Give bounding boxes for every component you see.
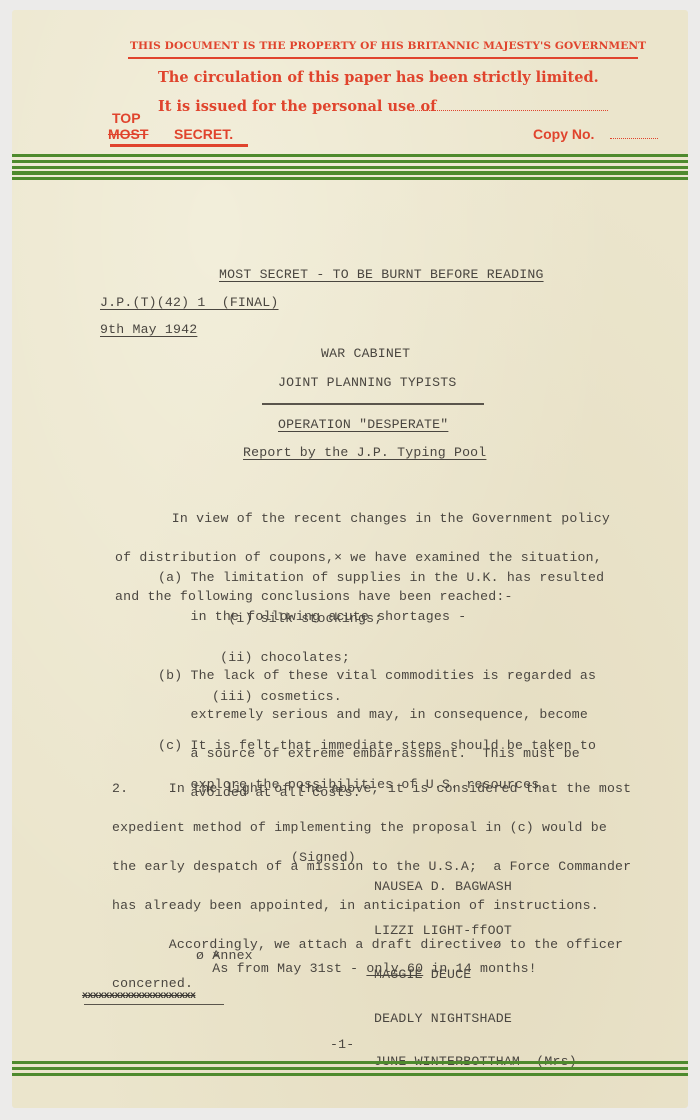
circulation-notice: The circulation of this paper has been s… [158,69,599,86]
reference-number: J.P.(T)(42) 1 (FINAL) [100,296,279,309]
signatory: DEADLY NIGHTSHADE [374,1012,577,1027]
signatory: NAUSEA D. BAGWASH [374,880,577,895]
caveat: MOST SECRET - TO BE BURNT BEFORE READING [219,268,544,281]
struck-out-text: xxxxxxxxxxxxxxxxxxxxx [82,990,195,1003]
footnote-1-text: As from May 31st - [212,961,366,976]
classification-underline [110,144,248,147]
heading-divider [262,403,484,405]
issued-for-label: It is issued for the personal use of [158,98,436,115]
document-date: 9th May 1942 [100,323,197,336]
struck-text-underline [84,1004,224,1005]
footnote-1-emphasis: only 60 [366,961,423,976]
paragraph-c-line: (c) It is felt that immediate steps shou… [158,739,596,752]
intro-line: In view of the recent changes in the Gov… [115,512,610,525]
property-notice: THIS DOCUMENT IS THE PROPERTY OF HIS BRI… [130,40,646,52]
property-notice-underline [128,57,638,59]
operation-title: OPERATION "DESPERATE" [278,418,448,431]
shortage-item: (i) silk stockings; [212,612,382,625]
footnote-2: ø Annex [196,949,253,962]
signed-label: (Signed) [291,851,356,864]
paragraph-a-line: (a) The limitation of supplies in the U.… [158,571,604,584]
classification-label: SECRET. [174,126,233,142]
page-number: -1- [330,1038,354,1051]
classification-added: TOP [112,110,141,126]
bottom-green-stripes [12,1061,688,1078]
paragraph-2-line: 2. In the light of the above, it is cons… [112,782,631,795]
heading-war-cabinet: WAR CABINET [321,347,410,360]
copy-number-dotted-line [610,138,658,139]
paragraph-b-line: (b) The lack of these vital commodities … [158,669,596,682]
footnote-1-tail: in 14 months! [423,961,537,976]
classification-struck: MOST [108,126,148,142]
heading-joint-planning-typists: JOINT PLANNING TYPISTS [278,376,457,389]
report-subtitle: Report by the J.P. Typing Pool [243,446,486,459]
paragraph-2-line: expedient method of implementing the pro… [112,821,631,834]
issued-for-dotted-line [410,110,608,111]
top-green-stripes [12,154,688,183]
copy-number-label: Copy No. [533,126,594,142]
